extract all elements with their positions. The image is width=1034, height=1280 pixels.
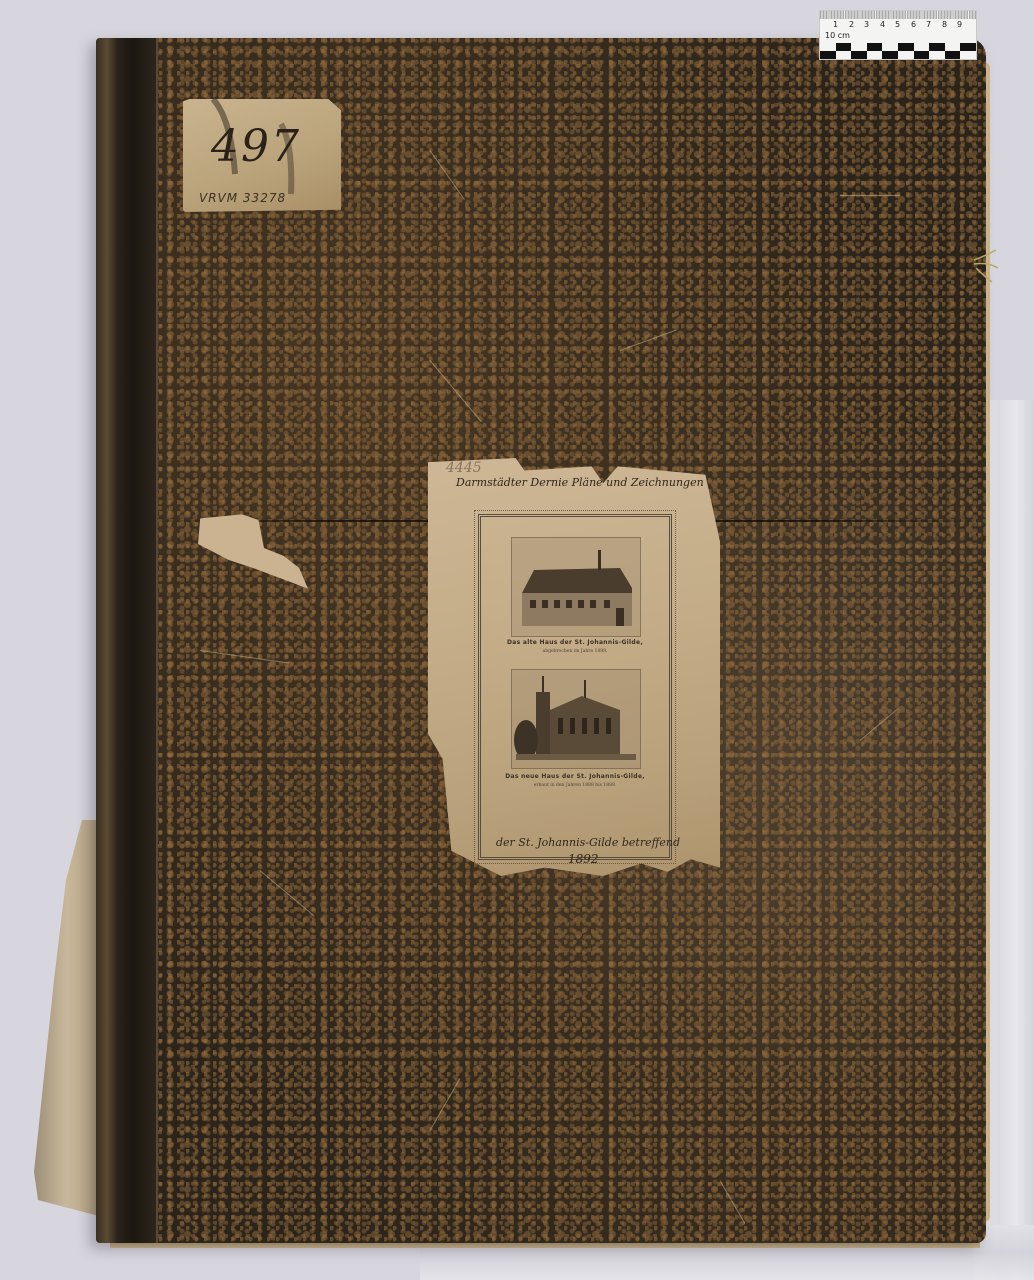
- inventory-number: 497: [211, 121, 301, 172]
- title-label: 4445 Darmstädter Dernie Pläne und Zeichn…: [428, 458, 720, 876]
- handwritten-title: Darmstädter Dernie Pläne und Zeichnungen: [456, 476, 716, 489]
- scratch-mark: [840, 195, 900, 196]
- scale-tick-label: 7: [926, 20, 931, 29]
- vignette-new-house: [511, 669, 641, 769]
- ornamental-frame: Das alte Haus der St. Johannis-Gilde, ab…: [478, 514, 672, 860]
- vignette-old-house: [511, 537, 641, 637]
- old-guild-house-illustration-icon: [512, 538, 640, 636]
- new-guild-house-illustration-icon: [512, 670, 640, 768]
- scale-checker-row: [820, 43, 976, 51]
- scale-tick-label: 1: [833, 20, 838, 29]
- loose-thread-icon: [970, 248, 1010, 288]
- photo-scene: 497 VRVM 33278 4445 Darmstädter Dernie P…: [0, 0, 1034, 1280]
- scale-checker-row: [820, 51, 976, 59]
- scale-tick-label: 2: [849, 20, 854, 29]
- scale-tick-label: 3: [864, 20, 869, 29]
- vignette-top-subcaption: abgebrochen im Jahre 1888.: [481, 649, 669, 654]
- spine-edge-line: [156, 38, 158, 1243]
- scale-bar: 1 2 3 4 5 6 7 8 9 10 cm: [819, 10, 977, 60]
- handwritten-footer: der St. Johannis-Gilde betreffend: [496, 836, 706, 849]
- scale-tick-label: 9: [957, 20, 962, 29]
- inventory-code: VRVM 33278: [199, 191, 286, 205]
- scale-tick-label: 4: [880, 20, 885, 29]
- vignette-bottom-caption: Das neue Haus der St. Johannis-Gilde,: [481, 773, 669, 780]
- book-spine: [96, 38, 158, 1243]
- scale-unit-label: 10 cm: [825, 31, 850, 40]
- handwritten-number: 4445: [446, 460, 482, 476]
- scale-tick-label: 8: [942, 20, 947, 29]
- scale-tick-label: 5: [895, 20, 900, 29]
- scale-tick-label: 6: [911, 20, 916, 29]
- vignette-bottom-subcaption: erbaut in den Jahren 1888 bis 1889.: [481, 783, 669, 788]
- scale-ticks: [820, 11, 976, 19]
- handwritten-year: 1892: [568, 852, 599, 866]
- vignette-top-caption: Das alte Haus der St. Johannis-Gilde,: [481, 639, 669, 646]
- inventory-label: 497 VRVM 33278: [183, 99, 341, 212]
